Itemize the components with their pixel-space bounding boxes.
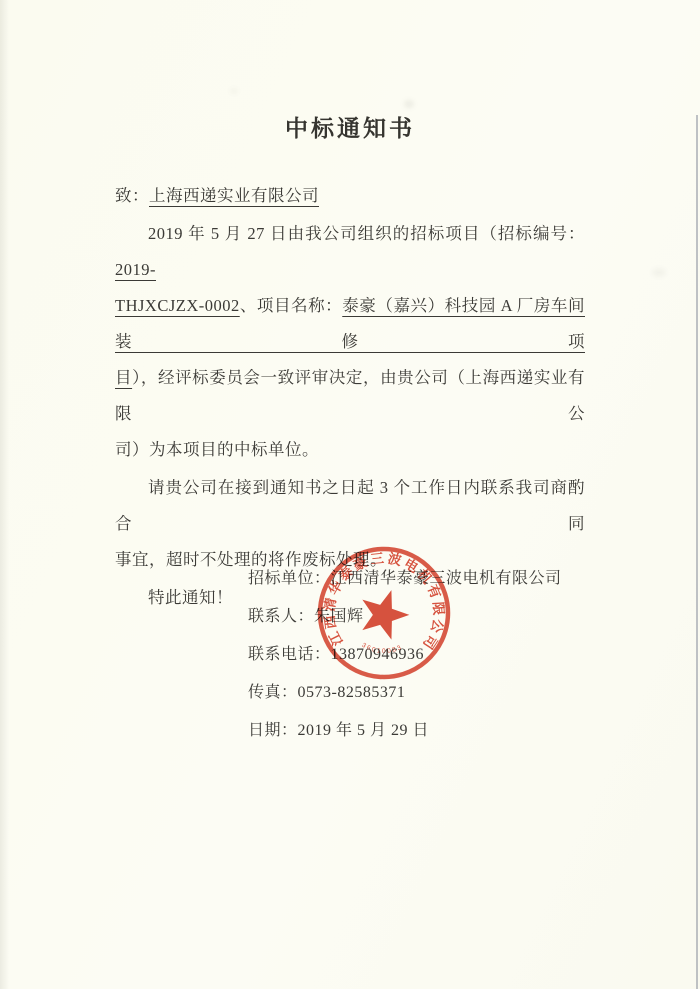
fax-label: 传真：	[248, 684, 298, 701]
underlined-text: 2019-	[115, 260, 156, 279]
scan-left-edge-shadow	[0, 0, 9, 989]
text-line: THJXCJZX-0002、项目名称：泰豪（嘉兴）科技园 A 厂房车间装修项	[115, 288, 585, 360]
text-line: 2019 年 5 月 27 日由我公司组织的招标项目（招标编号：2019-	[115, 216, 585, 288]
scan-smudge	[230, 88, 238, 94]
underlined-text: 上海西递实业有限公司	[149, 186, 319, 205]
text-segment: 特此通知！	[148, 588, 233, 607]
text-segment: 致：	[115, 186, 149, 205]
document-title: 中标通知书	[0, 110, 700, 143]
recipient-line: 致：上海西递实业有限公司	[115, 178, 585, 214]
text-line: 司）为本项目的中标单位。	[115, 432, 585, 468]
date-value: 2019 年 5 月 29 日	[298, 722, 430, 739]
seal-svg: 江西清华泰豪三波电机有限公司 3601008371	[296, 525, 471, 700]
text-segment: 2019 年 5 月 27 日由我公司组织的招标项目（招标编号：	[148, 224, 585, 243]
text-segment: ），经评标委员会一致评审决定，由贵公司（上海西递实业有限公	[115, 368, 585, 423]
star-icon	[353, 583, 415, 643]
scan-right-edge-line	[696, 115, 698, 989]
company-seal-stamp: 江西清华泰豪三波电机有限公司 3601008371	[296, 525, 471, 700]
date-label: 日期：	[248, 722, 298, 739]
body-paragraph-award: 2019 年 5 月 27 日由我公司组织的招标项目（招标编号：2019-THJ…	[115, 216, 585, 468]
text-line: 致：上海西递实业有限公司	[115, 178, 585, 214]
text-line: 目），经评标委员会一致评审决定，由贵公司（上海西递实业有限公	[115, 360, 585, 432]
underlined-text: THJXCJZX-0002	[115, 296, 240, 315]
text-segment: 请贵公司在接到通知书之日起 3 个工作日内联系我司商酌合同	[115, 478, 585, 533]
scan-smudge	[404, 100, 414, 108]
document-page: 中标通知书 致：上海西递实业有限公司 2019 年 5 月 27 日由我公司组织…	[0, 0, 700, 989]
date-line: 日期：2019 年 5 月 29 日	[248, 712, 562, 750]
underlined-text: 目	[115, 368, 132, 387]
text-segment: 司）为本项目的中标单位。	[115, 440, 319, 459]
scan-smudge	[652, 268, 666, 277]
text-segment: 、项目名称：	[240, 296, 343, 315]
